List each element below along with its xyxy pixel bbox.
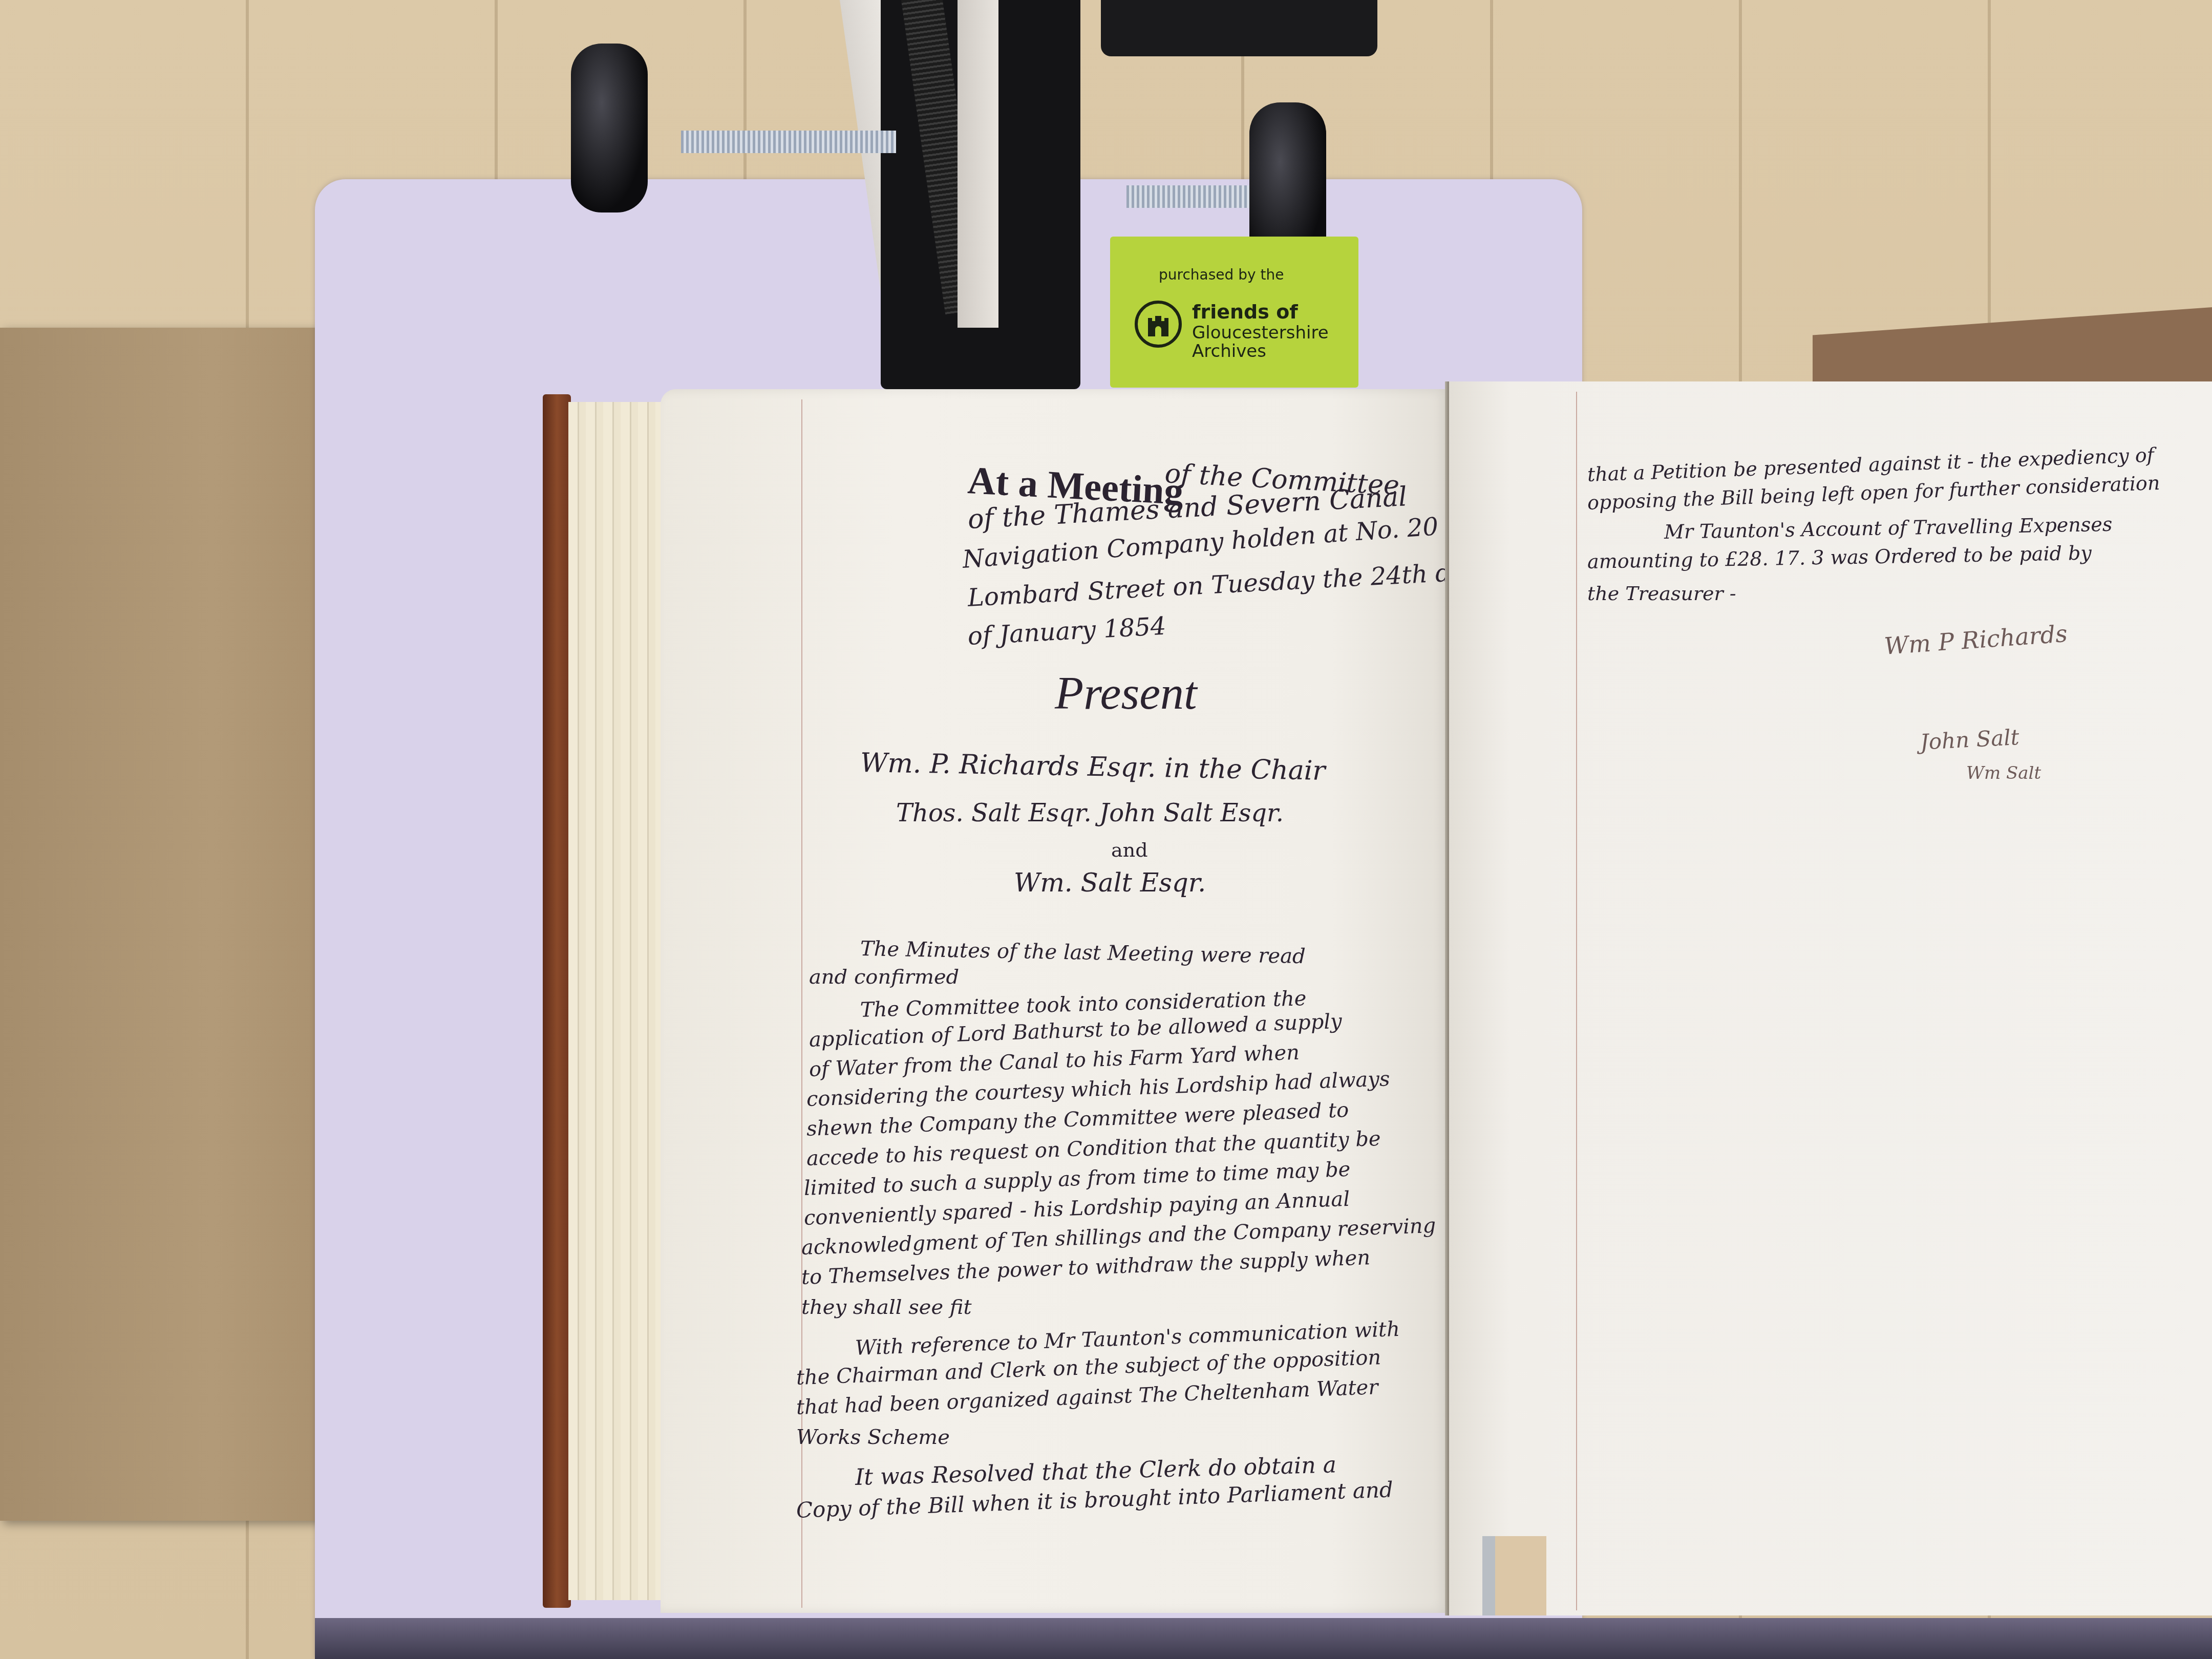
signature-john-salt: John Salt — [1920, 725, 2020, 755]
minute-line: the Treasurer - — [1587, 582, 1736, 605]
signature-richards: Wm P Richards — [1883, 620, 2068, 660]
minute-line: amounting to £28. 17. 3 was Ordered to b… — [1587, 542, 2092, 573]
sticker-line-purchased: purchased by the — [1159, 266, 1284, 283]
sticker-line-friends: friends of — [1192, 301, 1298, 323]
right-page: that a Petition be presented against it … — [1449, 381, 2212, 1615]
signature-wm-salt: Wm Salt — [1966, 763, 2041, 783]
clamp-screw-left — [681, 131, 896, 153]
minute-line: The Minutes of the last Meeting were rea… — [860, 937, 1306, 968]
sticker-line-gloucestershire: Gloucestershire — [1192, 323, 1329, 343]
friends-of-archives-sticker: purchased by the friends of Gloucestersh… — [1110, 237, 1358, 388]
margin-rule — [1576, 392, 1577, 1610]
heading-date: of January 1854 — [967, 612, 1167, 651]
attendee-line: Wm. Salt Esqr. — [1014, 868, 1206, 898]
minute-line: Mr Taunton's Account of Travelling Expen… — [1664, 513, 2113, 543]
clamp-screw-right — [1126, 185, 1260, 208]
minute-line: Works Scheme — [796, 1426, 950, 1449]
left-page: At a Meeting of the Committee of the Tha… — [661, 389, 1449, 1613]
minute-line: and confirmed — [809, 965, 959, 989]
minute-line: they shall see fit — [801, 1295, 972, 1319]
sticker-line-archives: Archives — [1192, 341, 1266, 361]
minute-book: At a Meeting of the Committee of the Tha… — [543, 381, 2212, 1621]
attendee-and: and — [1111, 839, 1147, 861]
cradle-arm — [1101, 0, 1377, 56]
attendee-line: Thos. Salt Esqr. John Salt Esqr. — [896, 799, 1284, 827]
cradle-rail — [958, 0, 998, 328]
paper-repair-tab — [1482, 1536, 1546, 1615]
castle-seal-icon — [1135, 301, 1182, 348]
page-edges — [568, 402, 666, 1600]
attendee-chair: Wm. P. Richards Esqr. in the Chair — [860, 748, 1325, 786]
clamp-knob-left-icon[interactable] — [571, 44, 648, 212]
book-binding — [543, 394, 571, 1608]
present-heading: Present — [1055, 666, 1197, 720]
left-book-board — [0, 328, 353, 1521]
cradle-bottom-shadow — [315, 1618, 2212, 1659]
